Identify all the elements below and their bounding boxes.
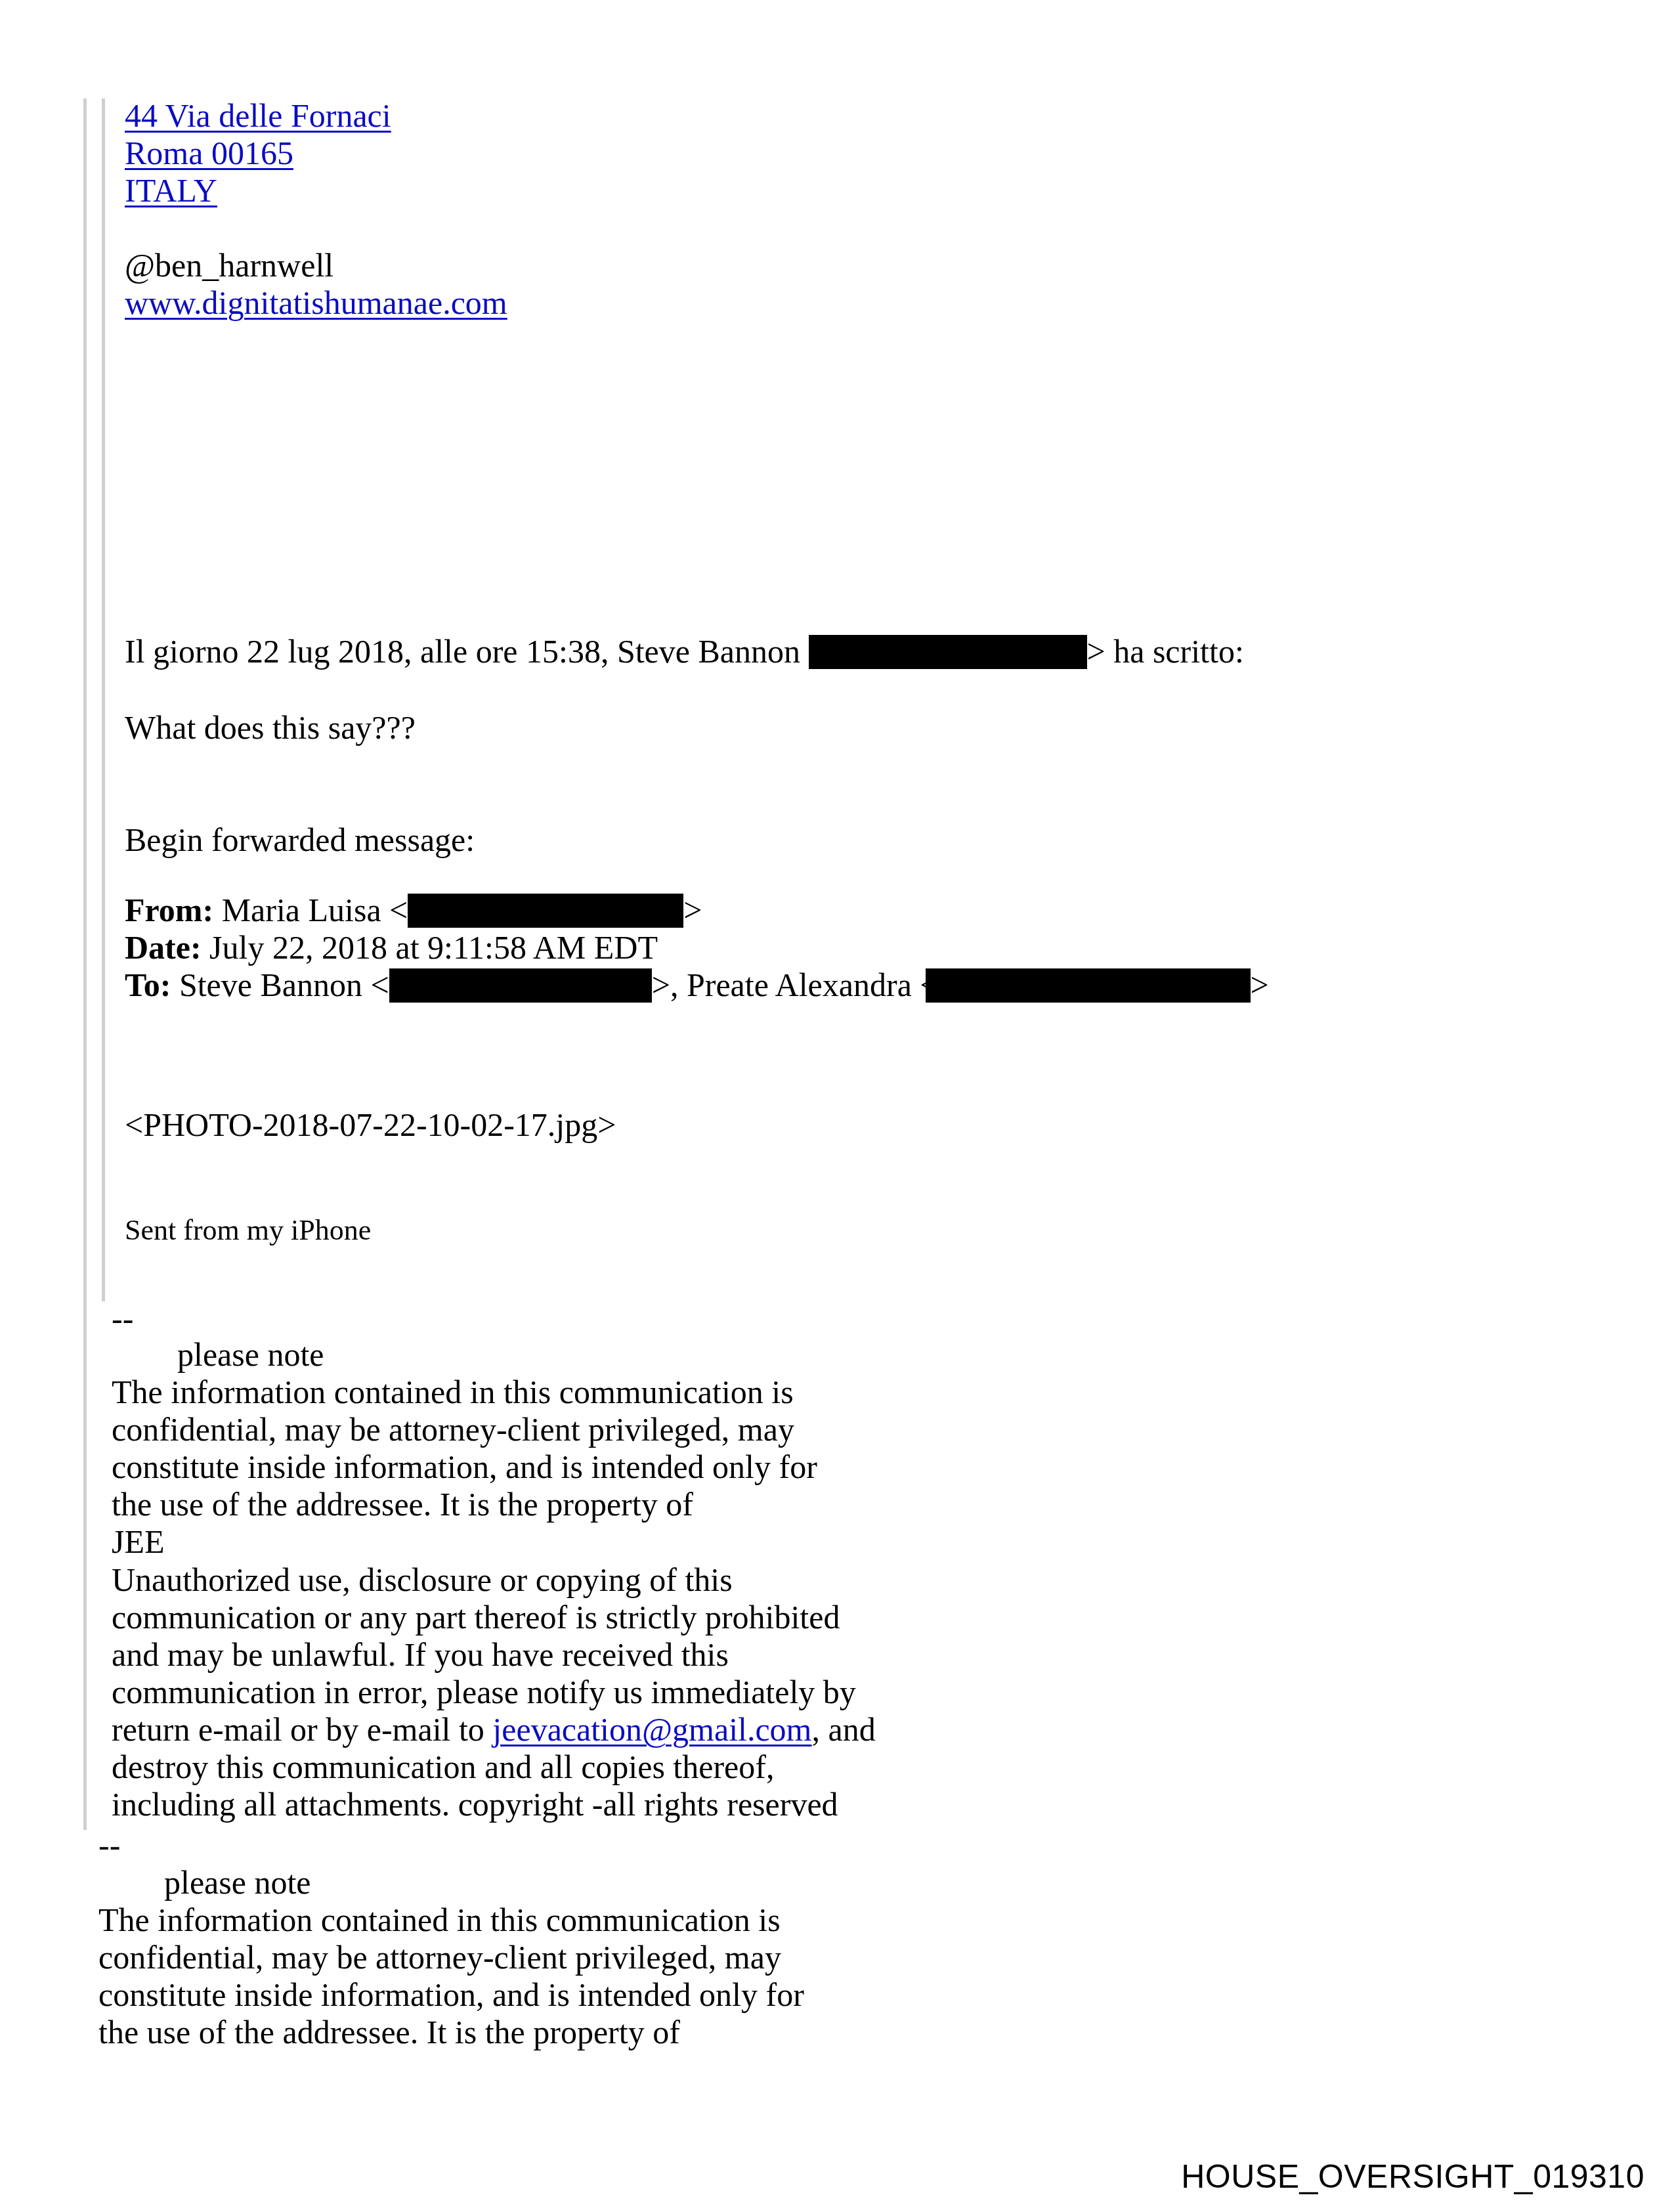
- redaction-block: [389, 968, 652, 1003]
- reply-header: Il giorno 22 lug 2018, alle ore 15:38, S…: [125, 633, 1244, 670]
- redaction-block: [809, 635, 1087, 669]
- disclaimer-line: and may be unlawful. If you have receive…: [112, 1636, 729, 1674]
- redaction-block: [926, 968, 1251, 1003]
- disclaimer-email-line: return e-mail or by e-mail to jeevacatio…: [112, 1711, 876, 1748]
- website-link[interactable]: www.dignitatishumanae.com: [125, 284, 507, 321]
- disclaimer-line: communication in error, please notify us…: [112, 1674, 856, 1711]
- date-label: Date:: [125, 929, 202, 966]
- from-name: Maria Luisa <: [222, 892, 408, 928]
- reply-header-suffix: > ha scritto:: [1087, 633, 1244, 670]
- please-note: please note: [177, 1336, 324, 1374]
- signature-separator: --: [112, 1300, 133, 1337]
- to-label: To:: [125, 966, 171, 1003]
- forward-intro: Begin forwarded message:: [125, 821, 475, 859]
- to-separator: >, Preate Alexandra <: [652, 966, 939, 1003]
- reply-body: What does this say???: [125, 709, 416, 747]
- disclaimer-line: confidential, may be attorney-client pri…: [98, 1939, 781, 1976]
- to-close: >: [1251, 966, 1269, 1003]
- disclaimer-line: confidential, may be attorney-client pri…: [112, 1411, 794, 1448]
- reply-header-prefix: Il giorno 22 lug 2018, alle ore 15:38, S…: [125, 633, 800, 670]
- email-line-prefix: return e-mail or by e-mail to: [112, 1711, 492, 1748]
- disclaimer-line: Unauthorized use, disclosure or copying …: [112, 1561, 733, 1599]
- inner-quote-bar: [102, 98, 105, 1301]
- disclaimer-line: the use of the addressee. It is the prop…: [112, 1486, 693, 1523]
- forward-date: Date: July 22, 2018 at 9:11:58 AM EDT: [125, 929, 658, 966]
- disclaimer-line: The information contained in this commun…: [98, 1901, 781, 1939]
- to-name-1: Steve Bannon <: [179, 966, 389, 1003]
- disclaimer-line: communication or any part thereof is str…: [112, 1599, 840, 1636]
- disclaimer-line: The information contained in this commun…: [112, 1374, 794, 1411]
- disclaimer-line: destroy this communication and all copie…: [112, 1748, 774, 1786]
- address-line-1-link[interactable]: 44 Via delle Fornaci: [125, 97, 391, 134]
- disclaimer-line: constitute inside information, and is in…: [98, 1976, 804, 2014]
- forward-from: From: Maria Luisa <>: [125, 892, 702, 929]
- email-line-suffix: , and: [812, 1711, 876, 1748]
- please-note: please note: [164, 1864, 311, 1901]
- signature-separator: --: [98, 1827, 120, 1864]
- outer-quote-bar: [83, 98, 87, 1830]
- attachment-name[interactable]: <PHOTO-2018-07-22-10-02-17.jpg>: [125, 1106, 616, 1144]
- redaction-block: [408, 894, 683, 928]
- address-line-2-link[interactable]: Roma 00165: [125, 135, 293, 171]
- from-label: From:: [125, 892, 213, 928]
- date-value: July 22, 2018 at 9:11:58 AM EDT: [209, 929, 658, 966]
- address-line-3-link[interactable]: ITALY: [125, 172, 217, 209]
- twitter-handle: @ben_harnwell: [125, 247, 333, 284]
- sent-from-signature: Sent from my iPhone: [125, 1211, 371, 1249]
- forward-to: To: Steve Bannon <>, Preate Alexandra <>: [125, 966, 1269, 1004]
- email-link[interactable]: jeevacation@gmail.com: [492, 1711, 811, 1748]
- disclaimer-line: the use of the addressee. It is the prop…: [98, 2014, 680, 2051]
- disclaimer-line: including all attachments. copyright -al…: [112, 1786, 838, 1823]
- disclaimer-line: JEE: [112, 1523, 165, 1561]
- bates-number: HOUSE_OVERSIGHT_019310: [1181, 2158, 1644, 2196]
- from-close: >: [683, 892, 702, 928]
- disclaimer-line: constitute inside information, and is in…: [112, 1448, 817, 1486]
